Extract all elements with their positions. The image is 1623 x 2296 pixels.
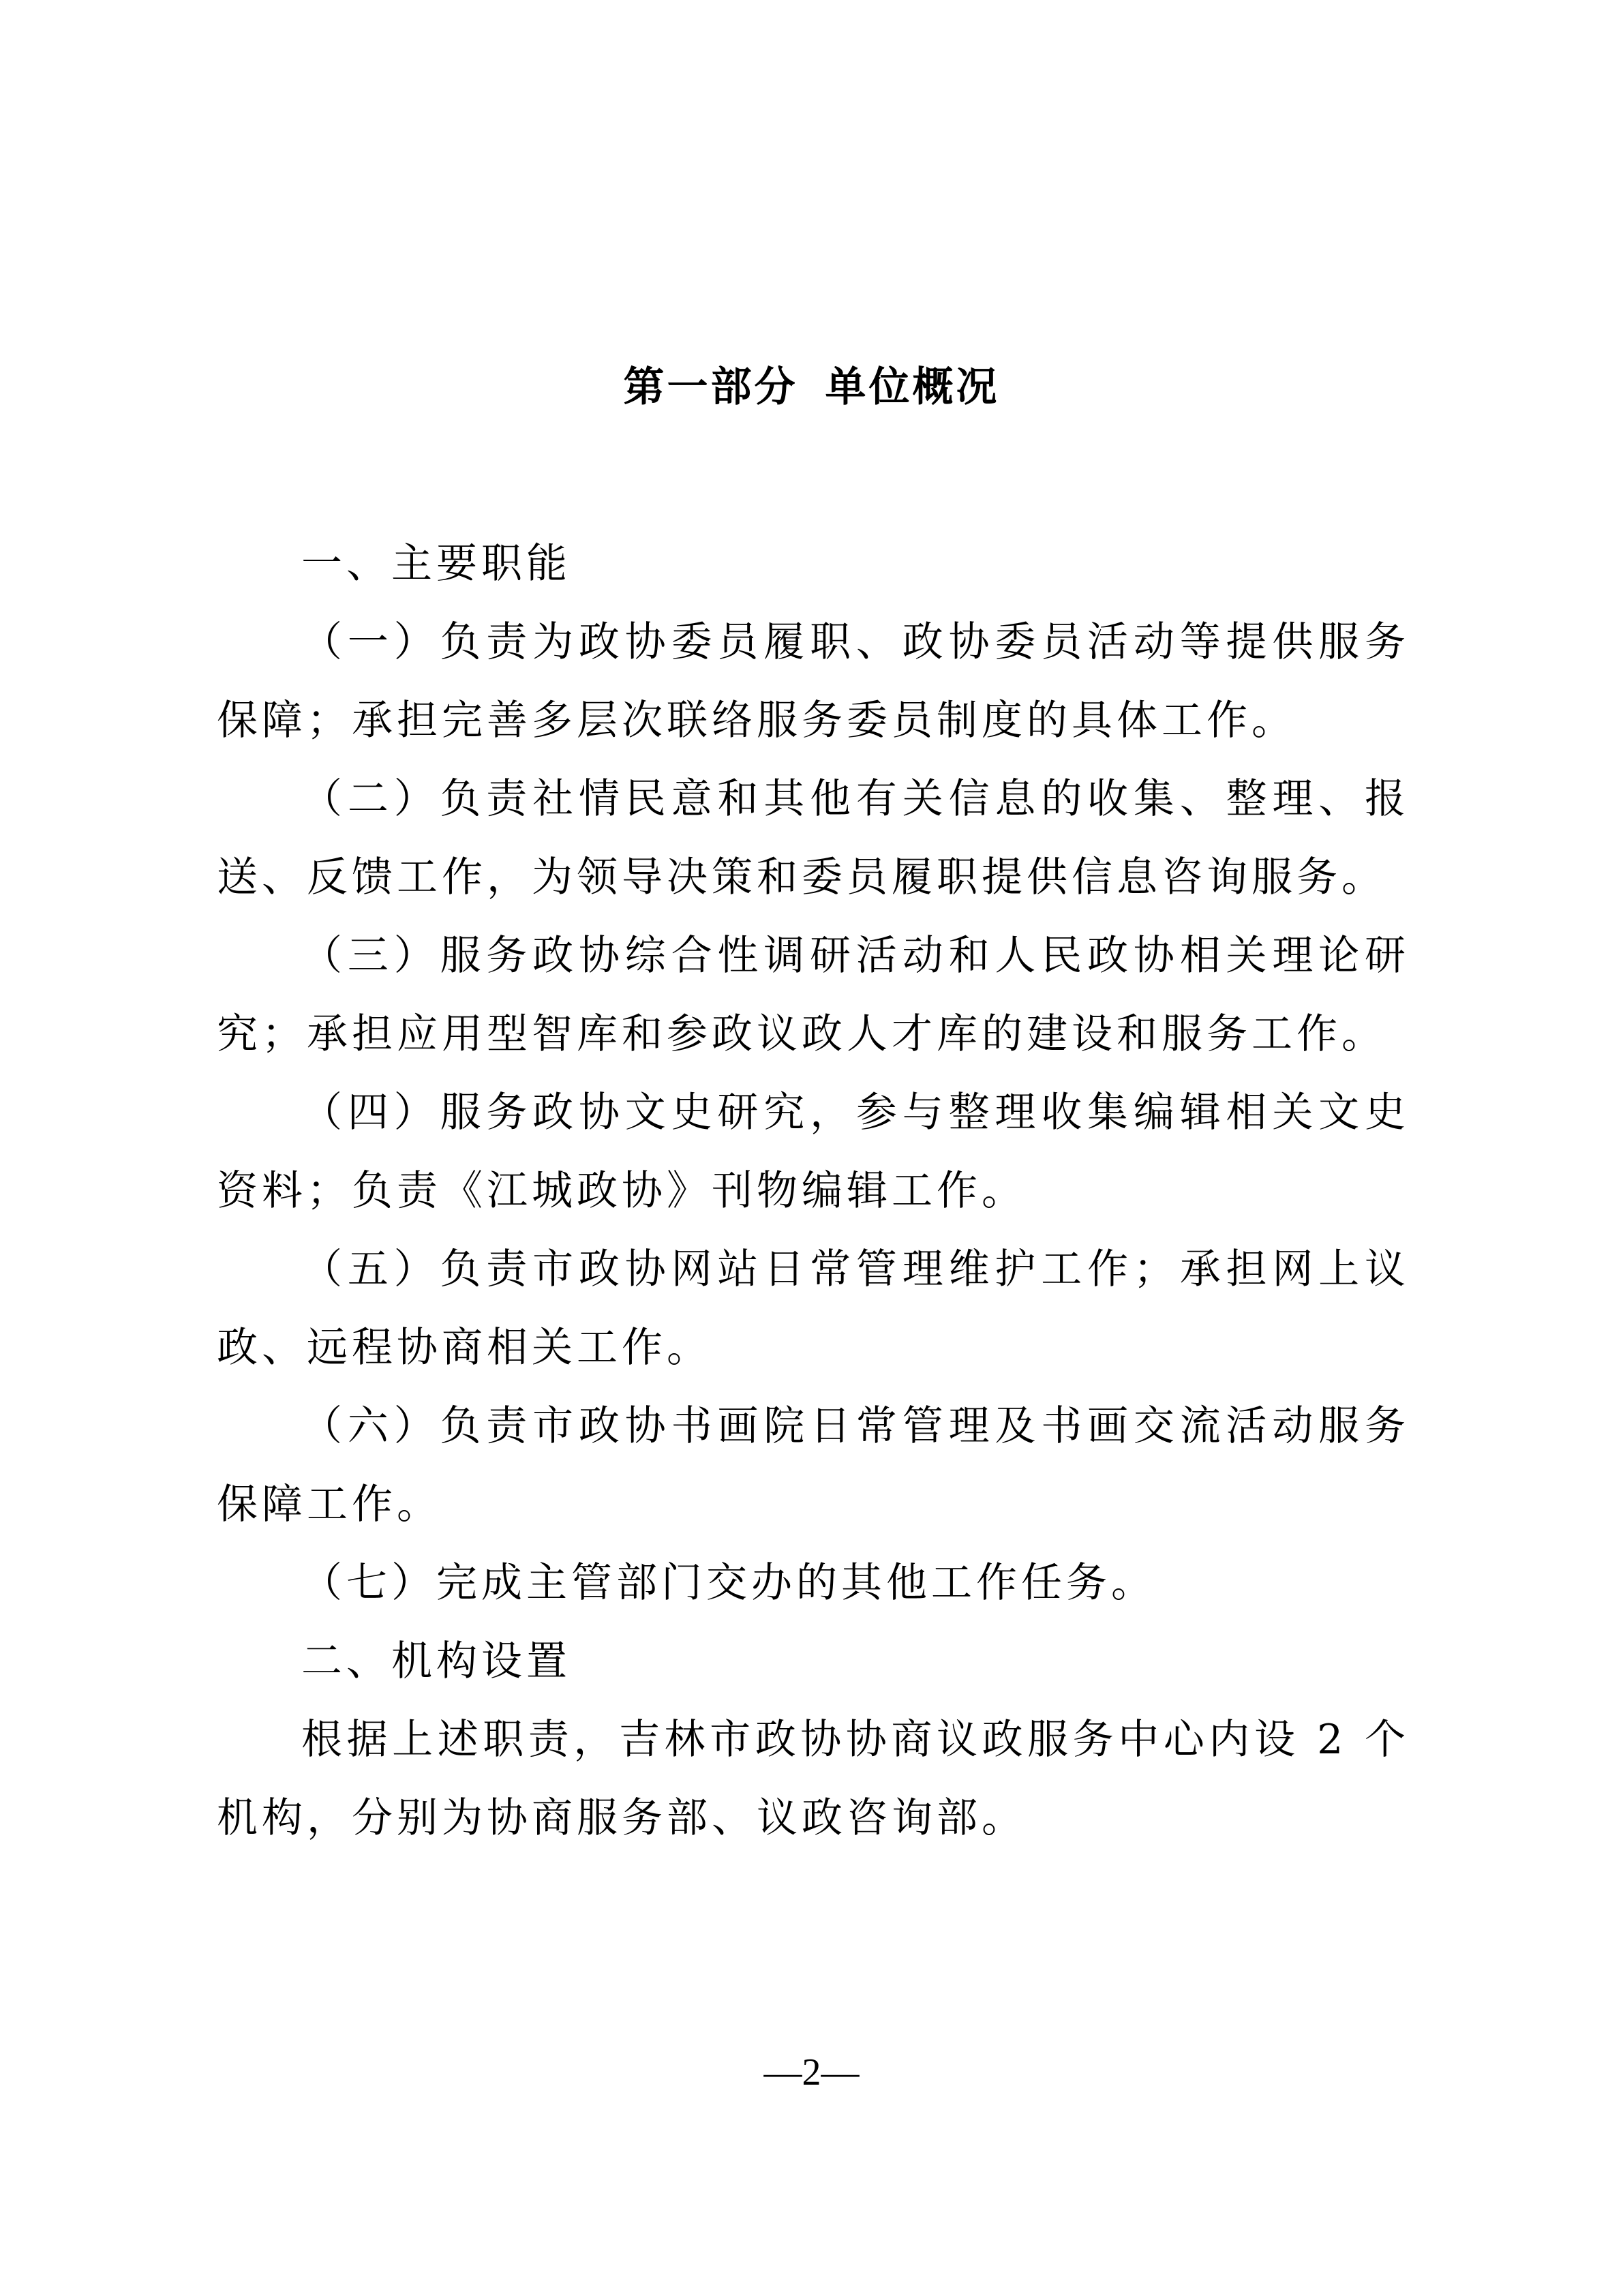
paragraph-function-2: （二）负责社情民意和其他有关信息的收集、整理、报送、反馈工作，为领导决策和委员履… xyxy=(217,760,1410,917)
paragraph-function-4: （四）服务政协文史研究，参与整理收集编辑相关文史资料；负责《江城政协》刊物编辑工… xyxy=(217,1074,1410,1230)
page-number: —2— xyxy=(0,2049,1623,2096)
paragraph-function-3: （三）服务政协综合性调研活动和人民政协相关理论研究；承担应用型智库和参政议政人才… xyxy=(217,917,1410,1074)
page-title: 第一部分单位概况 xyxy=(0,360,1623,414)
title-name: 单位概况 xyxy=(825,363,1000,411)
title-part: 第一部分 xyxy=(624,363,798,411)
paragraph-organization: 根据上述职责，吉林市政协协商议政服务中心内设 2 个机构，分别为协商服务部、议政… xyxy=(217,1701,1410,1858)
paragraph-function-5: （五）负责市政协网站日常管理维护工作；承担网上议政、远程协商相关工作。 xyxy=(217,1230,1410,1387)
document-body: 一、主要职能 （一）负责为政协委员履职、政协委员活动等提供服务保障；承担完善多层… xyxy=(217,525,1410,1858)
paragraph-function-1: （一）负责为政协委员履职、政协委员活动等提供服务保障；承担完善多层次联络服务委员… xyxy=(217,603,1410,760)
section-heading-organization: 二、机构设置 xyxy=(217,1622,1410,1701)
document-page: 第一部分单位概况 一、主要职能 （一）负责为政协委员履职、政协委员活动等提供服务… xyxy=(0,0,1623,2296)
section-heading-functions: 一、主要职能 xyxy=(217,525,1410,603)
paragraph-function-6: （六）负责市政协书画院日常管理及书画交流活动服务保障工作。 xyxy=(217,1387,1410,1544)
paragraph-function-7: （七）完成主管部门交办的其他工作任务。 xyxy=(217,1544,1410,1622)
